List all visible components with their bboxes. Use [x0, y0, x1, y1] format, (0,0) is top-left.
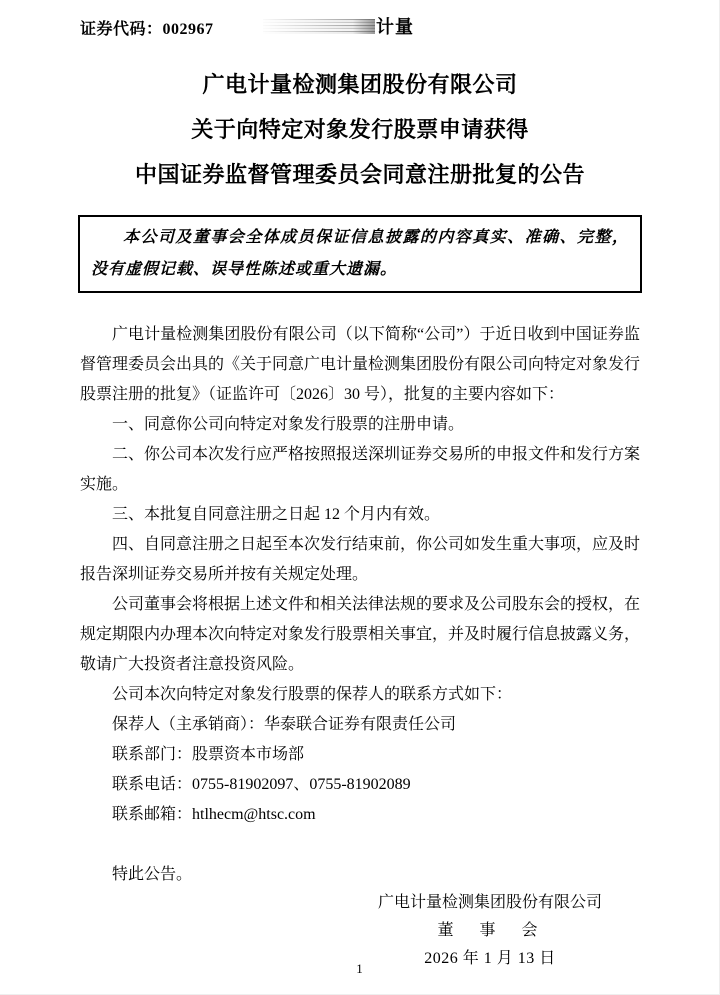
stock-code-label: 证券代码：002967 [80, 16, 214, 39]
stock-name-redacted-group: 计量 [263, 15, 414, 37]
contact-sponsor: 保荐人（主承销商）：华泰联合证券有限责任公司 [80, 710, 640, 740]
page-number: 1 [0, 961, 719, 977]
contact-department: 联系部门：股票资本市场部 [80, 740, 640, 770]
disclaimer-text: 本公司及董事会全体成员保证信息披露的内容真实、准确、完整，没有虚假记载、误导性陈… [91, 222, 629, 286]
announcement-title: 广电计量检测集团股份有限公司 关于向特定对象发行股票申请获得 中国证券监督管理委… [40, 62, 680, 197]
title-line-2: 关于向特定对象发行股票申请获得 [40, 107, 680, 152]
closing-statement: 特此公告。 [80, 860, 640, 890]
contact-email: 联系邮箱：htlhecm@htsc.com [80, 800, 640, 830]
title-line-3: 中国证券监督管理委员会同意注册批复的公告 [40, 152, 680, 197]
paragraph-item-3: 三、本批复自同意注册之日起 12 个月内有效。 [80, 500, 640, 530]
contact-phone: 联系电话：0755-81902097、0755-81902089 [80, 770, 640, 800]
document-header: 证券代码：002967 计量 [0, 15, 719, 39]
title-line-1: 广电计量检测集团股份有限公司 [40, 62, 680, 107]
paragraph-intro: 广电计量检测集团股份有限公司（以下简称“公司”）于近日收到中国证券监督管理委员会… [80, 320, 640, 410]
paragraph-item-4: 四、自同意注册之日起至本次发行结束前，你公司如发生重大事项，应及时报告深圳证券交… [80, 530, 640, 590]
announcement-body: 广电计量检测集团股份有限公司（以下简称“公司”）于近日收到中国证券监督管理委员会… [80, 320, 640, 830]
signature-company: 广电计量检测集团股份有限公司 [378, 889, 602, 917]
disclaimer-box: 本公司及董事会全体成员保证信息披露的内容真实、准确、完整，没有虚假记载、误导性陈… [78, 215, 642, 293]
paragraph-item-2: 二、你公司本次发行应严格按照报送深圳证券交易所的申报文件和发行方案实施。 [80, 440, 640, 500]
redaction-smear [263, 19, 375, 34]
paragraph-item-1: 一、同意你公司向特定对象发行股票的注册申请。 [80, 410, 640, 440]
announcement-document-page: 证券代码：002967 计量 广电计量检测集团股份有限公司 关于向特定对象发行股… [0, 0, 720, 995]
paragraph-board-notice: 公司董事会将根据上述文件和相关法律法规的要求及公司股东会的授权，在规定期限内办理… [80, 590, 640, 680]
signature-board: 董 事 会 [378, 917, 602, 945]
paragraph-sponsor-intro: 公司本次向特定对象发行股票的保荐人的联系方式如下： [80, 680, 640, 710]
stock-name-suffix: 计量 [376, 13, 414, 39]
